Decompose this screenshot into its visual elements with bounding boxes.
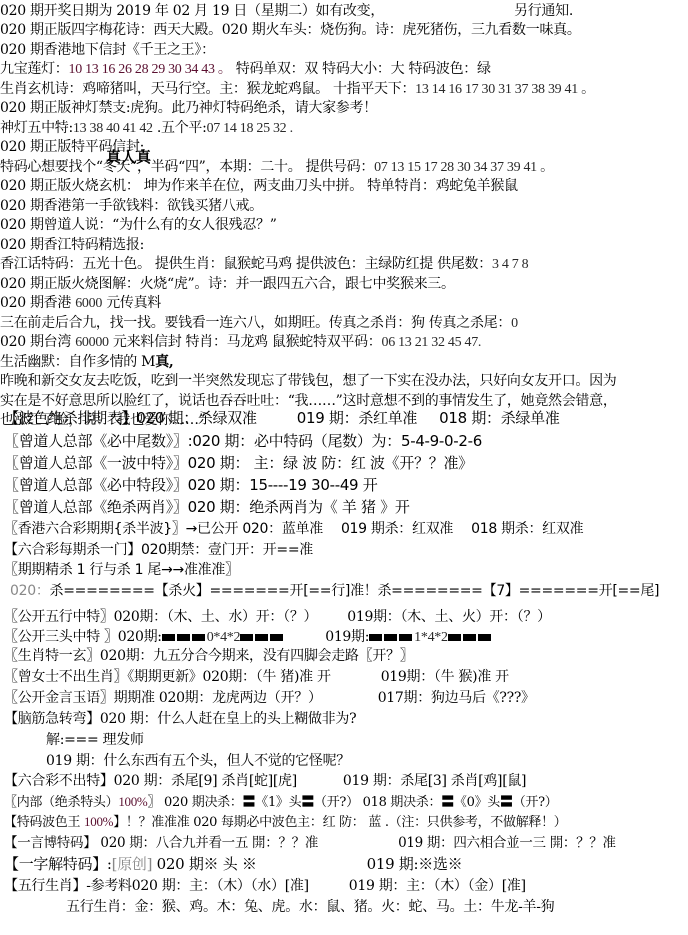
section-text: ！？准准准 020 每期必中波色主：红 防： 蓝 .（注：只供参考，不做解释！） [126,815,567,830]
wave-king: 【特码波色王 100%】！？准准准 020 每期必中波色主：红 防： 蓝 .（注… [4,813,567,832]
section-label: 〖曾道人总部《一波中特》〗 [4,454,188,472]
hk-envelope-title: 020 期香港地下信封《千王之王》： [0,41,215,59]
section-label: 】 [113,815,126,830]
period-019: 019 期:※选※ [367,855,463,873]
heads-value: 1*4*2 [414,630,448,645]
period-020: 020 期※ 头 ※ [152,855,256,873]
lamp-ban-line: 020 期正版神灯禁支:虎狗。此乃神灯特码绝杀，请大家参考！ [0,99,377,117]
amount: 60000 [75,335,109,350]
period-019: 019 期：杀红单准 [297,409,417,427]
section-label: 【一字解特码】: [4,855,112,873]
numbers: 06 13 21 32 45 47. [382,335,482,350]
notice-text: 另行通知. [514,3,573,19]
section-label: 【脑筋急转弯】 [4,711,100,727]
fire-mystery-line: 020 期正版火烧玄机： 坤为作来羊在位，两支曲刀头中拼。 特单特肖：鸡蛇兔羊猴… [0,177,518,195]
section-label: 〖公开金言玉语〗期期准 [4,690,155,706]
section-text: 020 期：15----19 30--49 开 [188,476,378,494]
humor-title: 生活幽默：自作多情的 M真, [0,353,173,371]
section-text: 020期：九五分合今期来，没有四脚会走路〖开？〗 [100,648,414,664]
first-hand-line: 020 期香港第一手欲钱料：欲钱买猪八戒。 [0,197,263,215]
lotus-lamp-line: 九宝莲灯：10 13 16 26 28 29 30 34 43 。 特码单双：双… [0,60,491,79]
label: 生肖玄机诗：鸡啼猪叫，天马行空。主：猴龙蛇鸡鼠。 十指平天下： [0,81,415,97]
five-element-legend: 五行生肖：金：猴、鸡。木：兔、虎。水：鼠、猪。火：蛇、马。土：牛龙-羊-狗 [66,898,554,916]
numbers: 13 38 40 41 42 [73,121,153,136]
label: 三在前走后合九，找一找。要钱看一连六八，如期旺。传真之杀肖：狗 传真之杀尾： [0,315,511,331]
period-020: 020期：（牛 猪)准 开 [203,669,331,685]
redaction-bars [162,628,207,646]
golden-words: 〖公开金言玉语〗期期准 020期：龙虎两边（开？）017期：狗边马后《???》 [4,689,535,707]
section-text: 020期禁：壹门开：开==准 [141,542,313,558]
label: 生活幽默：自作多情的 M [0,354,155,370]
section-label: 【五行生肖】-参考料 [4,878,132,894]
period-020: 020 期：主：（木）（水）[准] [132,878,309,894]
period-020: 020 期：八合九并看一五 開：？？准 [100,835,318,851]
label: 元传真料 [102,295,161,311]
period-018: 018 期杀：红双准 [471,521,583,537]
three-heads-special: 〖公开三头中特 〗020期:0*4*2019期:1*4*2 [4,628,493,647]
period-020: 020：蓝单准 [242,521,323,537]
zeng-tail-numbers: 〖曾道人总部《必中尾数》〗:020 期：必中特码（尾数）为：5-4-9-0-2-… [4,432,482,450]
brain-teaser-answer: 解:=== 理发师 [46,731,144,749]
zodiac-poem-line: 生肖玄机诗：鸡啼猪叫，天马行空。主：猴龙蛇鸡鼠。 十指平天下：13 14 16 … [0,80,595,99]
numbers: 13 14 16 17 30 31 37 38 39 41 。 [415,82,595,97]
kill-element-tail-title: 〖期期精杀 1 行与杀 1 尾→→准准准〗 [4,561,239,579]
five-elements-special: 〖公开五行中特〗020期：（木、土、水）开：（？）019期：（木、土、火）开：（… [4,608,551,626]
label: 020 期香港 [0,295,75,311]
special-attrs: 特码单双：双 特码大小：大 特码波色：绿 [236,61,491,77]
section-label: 〖曾道人总部《必中尾数》〗: [4,432,192,450]
period-020: 020 期：杀绿双准 [136,409,256,427]
zeng-kill-two: 〖曾道人总部《绝杀两肖》〗020 期：绝杀两肖为《 羊 猪 》开 [4,498,410,516]
head-value: 《0》头 [454,795,500,810]
lamp-five-line: 神灯五中特:13 38 40 41 42 .五个平:07 14 18 25 32… [0,119,293,138]
period-020: 020期：（木、土、水）开：（？） [114,609,318,625]
period-017: 017期：狗边马后《???》 [378,690,535,706]
section-label: 〖曾道人总部《必中特段》〗 [4,476,188,494]
period-019: 019 期：主：（木）（金）[准] [349,878,526,894]
color-kill-schedule: 【波色绝杀排期表】020 期：杀绿双准019 期：杀红单准018 期：杀绿单准 [4,409,560,427]
period-019: 019期: [325,629,369,645]
section-label: 【六合彩每期杀一门】 [4,542,141,558]
section-label: 【六合彩不出特】 [4,773,114,789]
section-label: 〗 [147,795,160,810]
plum-poem-line: 020 期正版四字梅花诗：西天大殿。020 期火车头：烧伤狗。诗：虎死猪伤，三九… [0,21,581,39]
ms-zeng-zodiac: 〖曾女士不出生肖〗《期期更新》020期：（牛 猪)准 开019期：（牛 猴)准 … [4,668,509,686]
period-019: 019 期：杀尾[3] 杀肖[鸡][鼠] [343,773,526,789]
redaction-bars [240,628,285,646]
redaction-bars [448,628,493,646]
redaction-bars [369,628,414,646]
question-020: 020 期：什么人赶在皇上的头上糊做非为? [100,711,356,727]
brain-teaser-019: 019 期：什么东西有五个头，但人不觉的它怪呢？ [46,752,350,770]
period-019: 019 期杀：红双准 [341,521,453,537]
period-020: 020 期决杀： [164,795,243,810]
fire-diagram-line: 020 期正版火烧图解：火烧“虎”。诗：并一跟四五六合，跟七中奖猴来三。 [0,275,455,293]
label: 香江话特码：五光十色。 提供生肖：鼠猴蛇马鸡 提供波色：主绿防红提 供尾数： [0,256,492,272]
hk-half-wave: 〖香港六合彩期期{杀半波}〗→已公开 020：蓝单准019 期杀：红双准018 … [4,520,583,538]
status: （开?） [314,795,359,810]
period-020: 020期：龙虎两边（开？） [159,690,322,706]
numbers: 10 13 16 26 28 29 30 34 43 。 [69,62,232,77]
amount: 6000 [75,296,102,311]
section-label: 【特码波色王 [4,815,84,830]
head-value: 《1》头 [255,795,301,810]
section-text: 020 期：绝杀两肖为《 羊 猪 》开 [188,498,410,516]
joke-line-1: 昨晚和新交女友去吃饭，吃到一半突然发现忘了带钱包，想了一下实在没办法，只好向女友… [0,372,617,390]
section-label: 【波色绝杀排期表】 [4,409,136,427]
period-018: 018 期决杀： [363,795,442,810]
no-special: 【六合彩不出特】020 期：杀尾[9] 杀肖[蛇][虎]019 期：杀尾[3] … [4,772,526,790]
status: （开?） [513,795,558,810]
heads-value: 0*4*2 [207,630,241,645]
numbers: 0 [511,316,518,331]
label: 九宝莲灯： [0,61,69,77]
draw-date-text: 020 期开奖日期为 2019 年 02 月 19 日（星期二）如有改变， [0,3,384,19]
fax-line: 三在前走后合九，找一找。要钱看一连六八，如期旺。传真之杀肖：狗 传真之杀尾：0 [0,314,518,333]
section-label: 〖公开五行中特〗 [4,609,114,625]
numbers: 07 14 18 25 32 . [207,121,293,136]
xiangjiang-line: 香江话特码：五光十色。 提供生肖：鼠猴蛇马鸡 提供波色：主绿防红提 供尾数：3 … [0,255,528,274]
percent: 100% [118,794,147,809]
section-label: 〖曾女士不出生肖〗《期期更新》 [4,669,203,685]
kill-one-gate: 【六合彩每期杀一门】020期禁：壹门开：开==准 [4,541,313,559]
zeng-quote-line: 020 期曾道人说：“为什么有的女人很残忍？” [0,216,277,234]
section-text: 020 期：必中特码（尾数）为：5-4-9-0-2-6 [192,432,482,450]
joke-line-2: 实在是不好意思所以脸红了，说话也吞吞吐吐：“我……”这时意想不到的事情发生了，她… [0,392,617,410]
numbers: 3 4 7 8 [492,257,528,272]
label: .五个平: [153,120,207,136]
period-020: 020期: [118,629,162,645]
winter-riddle-line: 特码心想要找个“冬天”，半码“四”，本期：二十。 提供号码：07 13 15 1… [0,158,554,177]
section-label: 〖曾道人总部《绝杀两肖》〗 [4,498,188,516]
period-020: 020 期：杀尾[9] 杀肖[蛇][虎] [114,773,297,789]
period-018: 018 期：杀绿单准 [439,409,559,427]
label: 特码心想要找个“冬天”，半码“四”，本期：二十。 提供号码： [0,159,374,175]
taiwan-line: 020 期台湾 60000 元来料信封 特肖：马龙鸡 鼠猴蛇特双平码：06 13… [0,333,481,352]
percent: 100% [84,814,113,829]
internal-kill-head: 〖内部（绝杀特头）100%〗 020 期决杀：〓《1》头〓（开?） 018 期决… [4,793,557,812]
label: 020 期台湾 [0,334,75,350]
label: 元来料信封 特肖：马龙鸡 鼠猴蛇特双平码： [109,334,382,350]
section-label: 〖内部（绝杀特头） [4,795,118,810]
label-bold: 真, [155,354,173,370]
zeng-special-range: 〖曾道人总部《必中特段》〗020 期：15----19 30--49 开 [4,476,377,494]
one-word-special: 【一言博特码】 020 期：八合九并看一五 開：？？准019 期：四六相合並一三… [4,834,616,852]
section-text: 杀========【杀火】=======开[==行]准！杀========【7】… [50,583,660,599]
fax-title: 020 期香港 6000 元传真料 [0,294,161,313]
period-019: 019期：（牛 猴)准 开 [381,669,509,685]
numbers: 07 13 15 17 28 30 34 37 39 41 。 [374,160,554,175]
label: 神灯五中特: [0,120,73,136]
five-element-zodiac: 【五行生肖】-参考料020 期：主：（木）（水）[准]019 期：主：（木）（金… [4,877,526,895]
xiangjiang-title: 020 期香江特码精选报: [0,236,144,254]
brain-teaser: 【脑筋急转弯】020 期：什么人赶在皇上的头上糊做非为? [4,710,356,728]
section-label: 〖公开三头中特 〗 [4,629,118,645]
tag: [原创] [112,855,153,873]
section-text: 020 期： 主：绿 波 防：红 波《开？？准》 [188,454,473,472]
zeng-one-wave: 〖曾道人总部《一波中特》〗020 期： 主：绿 波 防：红 波《开？？准》 [4,454,473,472]
section-label: 〖生肖特一玄〗 [4,648,100,664]
section-label: 〖香港六合彩期期{杀半波}〗→已公开 [4,521,238,537]
one-char-special: 【一字解特码】:[原创] 020 期※ 头 ※019 期:※选※ [4,855,462,873]
period-019: 019 期：四六相合並一三 開：？？准 [398,835,616,851]
kill-element-tail-line: 020：杀========【杀火】=======开[==行]准！杀=======… [10,582,659,600]
period-label: 020： [10,583,50,599]
draw-date-line: 020 期开奖日期为 2019 年 02 月 19 日（星期二）如有改变，另行通… [0,2,573,20]
section-label: 【一言博特码】 [4,835,96,851]
zodiac-mystery: 〖生肖特一玄〗020期：九五分合今期来，没有四脚会走路〖开？〗 [4,647,413,665]
period-019: 019期：（木、土、火）开：（？） [347,609,551,625]
